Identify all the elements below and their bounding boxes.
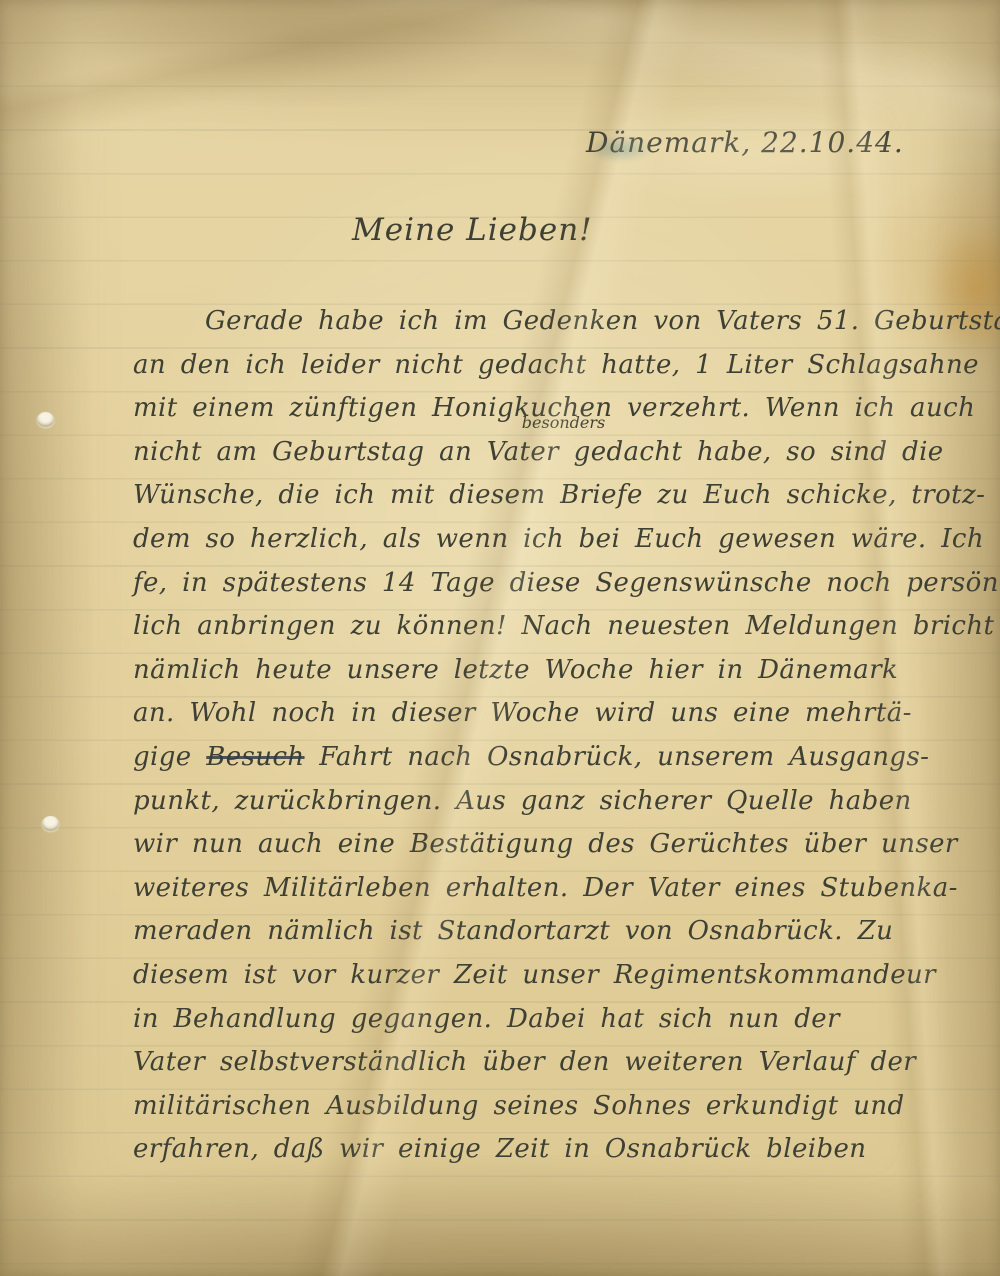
punch-hole: [42, 816, 59, 831]
handwriting-text: erfahren, daß wir einige Zeit in Osnabrü…: [133, 1134, 866, 1164]
handwriting-line: lich anbringen zu können! Nach neuesten …: [133, 605, 943, 649]
inserted-word: besonders: [522, 415, 605, 431]
handwriting-line: Wünsche, die ich mit diesem Briefe zu Eu…: [133, 474, 943, 518]
handwriting-line: Gerade habe ich im Gedenken von Vaters 5…: [133, 300, 943, 344]
handwriting-text: punkt, zurückbringen. Aus ganz sicherer …: [133, 786, 912, 816]
handwriting-text: lich anbringen zu können! Nach neuesten …: [133, 611, 994, 641]
handwriting-text: wir nun auch eine Bestätigung des Gerüch…: [133, 829, 958, 859]
handwriting-text: militärischen Ausbildung seines Sohnes e…: [133, 1091, 905, 1121]
handwriting-text: Fahrt nach Osnabrück, unserem Ausgangs-: [305, 742, 930, 772]
handwriting-line: in Behandlung gegangen. Dabei hat sich n…: [133, 998, 943, 1042]
handwriting-text: meraden nämlich ist Standortarzt von Osn…: [133, 916, 893, 946]
handwriting-line: gige Besuch Fahrt nach Osnabrück, unsere…: [133, 736, 943, 780]
handwriting-text: nicht am Geburtstag an Vater: [133, 437, 574, 467]
handwriting-text: weiteres Militärleben erhalten. Der Vate…: [133, 873, 958, 903]
handwriting-text: diesem ist vor kurzer Zeit unser Regimen…: [133, 960, 936, 990]
handwriting-line: Vater selbstverständlich über den weiter…: [133, 1041, 943, 1085]
handwriting-text: Gerade habe ich im Gedenken von Vaters 5…: [205, 306, 1000, 336]
handwriting-text: Vater selbstverständlich über den weiter…: [133, 1047, 916, 1077]
struck-word: Besuch: [206, 742, 304, 772]
handwriting-line: nicht am Geburtstag an Vater gedacht hab…: [133, 431, 943, 475]
handwriting-line: an. Wohl noch in dieser Woche wird uns e…: [133, 692, 943, 736]
handwriting-line: meraden nämlich ist Standortarzt von Osn…: [133, 910, 943, 954]
handwriting-line: nämlich heute unsere letzte Woche hier i…: [133, 649, 943, 693]
handwriting-line: erfahren, daß wir einige Zeit in Osnabrü…: [133, 1128, 943, 1172]
handwriting-line: dem so herzlich, als wenn ich bei Euch g…: [133, 518, 943, 562]
handwriting-text: fe, in spätestens 14 Tage diese Segenswü…: [133, 568, 1000, 598]
handwriting-text: an. Wohl noch in dieser Woche wird uns e…: [133, 698, 912, 728]
handwriting-text: gige: [133, 742, 206, 772]
handwriting-text: in Behandlung gegangen. Dabei hat sich n…: [133, 1004, 840, 1034]
handwriting-line: fe, in spätestens 14 Tage diese Segenswü…: [133, 562, 943, 606]
handwriting-line: militärischen Ausbildung seines Sohnes e…: [133, 1085, 943, 1129]
letter-body: Gerade habe ich im Gedenken von Vaters 5…: [133, 300, 943, 1172]
handwriting-text: gedacht habe, so sind die: [574, 437, 944, 467]
punch-hole: [37, 412, 54, 427]
handwriting-text: nämlich heute unsere letzte Woche hier i…: [133, 655, 898, 685]
handwriting-line: wir nun auch eine Bestätigung des Gerüch…: [133, 823, 943, 867]
handwriting-text: an den ich leider nicht gedacht hatte, 1…: [133, 350, 979, 380]
handwriting-line: weiteres Militärleben erhalten. Der Vate…: [133, 867, 943, 911]
handwriting-text: dem so herzlich, als wenn ich bei Euch g…: [133, 524, 1000, 554]
letter-page: Dänemark, 22.10.44. Meine Lieben! Gerade…: [0, 0, 1000, 1276]
handwriting-text: Wünsche, die ich mit diesem Briefe zu Eu…: [133, 480, 985, 510]
handwriting-line: an den ich leider nicht gedacht hatte, 1…: [133, 344, 943, 388]
dateline: Dänemark, 22.10.44.: [586, 126, 904, 159]
handwriting-line: punkt, zurückbringen. Aus ganz sicherer …: [133, 780, 943, 824]
salutation: Meine Lieben!: [352, 212, 593, 248]
handwriting-line: diesem ist vor kurzer Zeit unser Regimen…: [133, 954, 943, 998]
